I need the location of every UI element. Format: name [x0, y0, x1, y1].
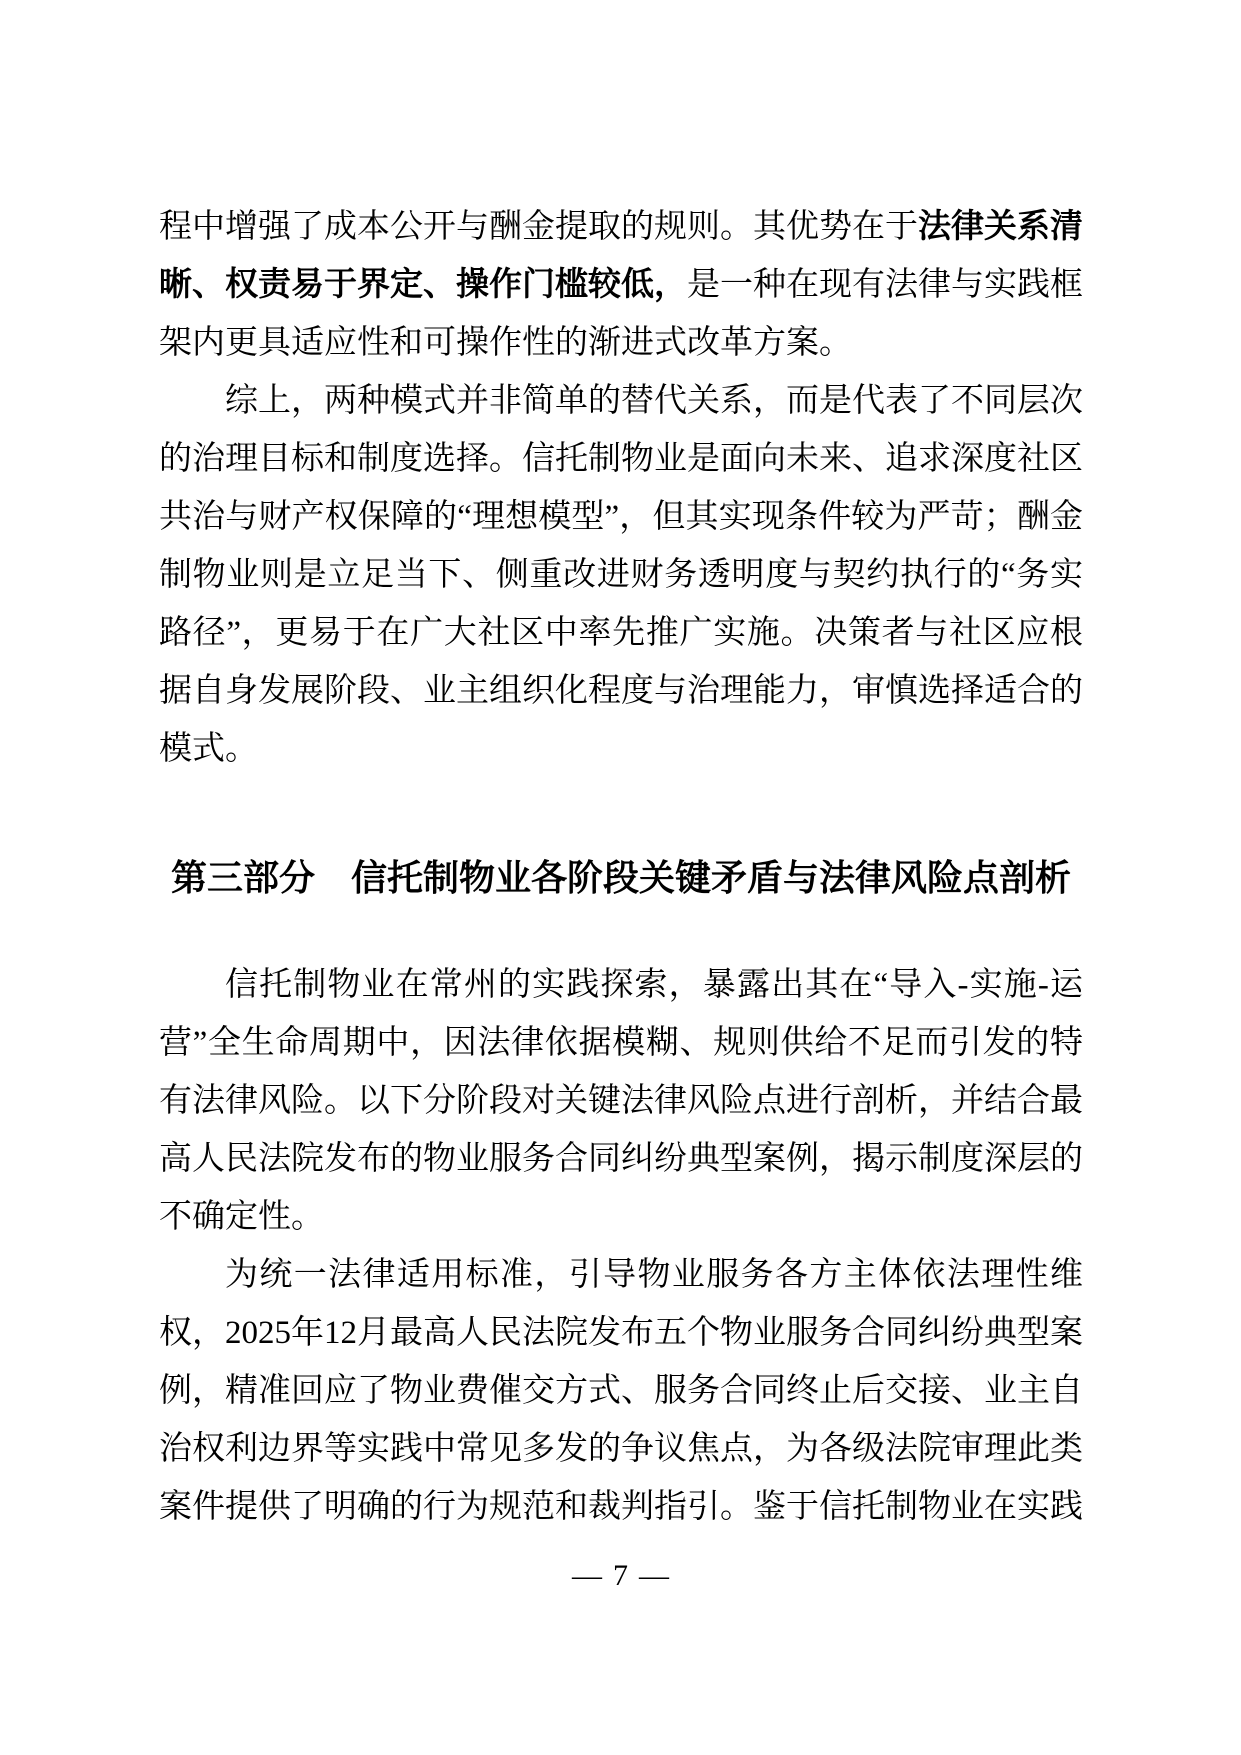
para3-line1: 信托制物业在常州的实践探索，暴露出其在“导入-实施-运 — [159, 956, 1083, 1014]
para4-line4: 治权利边界等实践中常见多发的争议焦点，为各级法院审理此类 — [159, 1420, 1083, 1478]
para1-line3: 架内更具适应性和可操作性的渐进式改革方案。 — [159, 314, 1083, 372]
para4-line5: 案件提供了明确的行为规范和裁判指引。鉴于信托制物业在实践 — [159, 1478, 1083, 1536]
para2-line1: 综上，两种模式并非简单的替代关系，而是代表了不同层次 — [159, 372, 1083, 430]
para2-line6: 据自身发展阶段、业主组织化程度与治理能力，审慎选择适合的 — [159, 662, 1083, 720]
para1-line1-bold-run: 法律关系清 — [918, 209, 1083, 245]
para2-line5: 路径”，更易于在广大社区中率先推广实施。决策者与社区应根 — [159, 604, 1083, 662]
document-page: 程中增强了成本公开与酬金提取的规则。其优势在于法律关系清 晰、权责易于界定、操作… — [0, 0, 1241, 1755]
para1-line1-normal-run: 程中增强了成本公开与酬金提取的规则。其优势在于 — [159, 209, 918, 245]
para1-line1: 程中增强了成本公开与酬金提取的规则。其优势在于法律关系清 — [159, 198, 1083, 256]
para1-line2: 晰、权责易于界定、操作门槛较低，是一种在现有法律与实践框 — [159, 256, 1083, 314]
para4-line3: 例，精准回应了物业费催交方式、服务合同终止后交接、业主自 — [159, 1362, 1083, 1420]
para3-line5: 不确定性。 — [159, 1188, 1083, 1246]
document-body: 程中增强了成本公开与酬金提取的规则。其优势在于法律关系清 晰、权责易于界定、操作… — [159, 198, 1083, 1536]
footer-left-dash: — — [572, 1559, 602, 1592]
para2-line2: 的治理目标和制度选择。信托制物业是面向未来、追求深度社区 — [159, 430, 1083, 488]
page-number: 7 — [613, 1556, 628, 1596]
para2-line3: 共治与财产权保障的“理想模型”，但其实现条件较为严苛；酬金 — [159, 488, 1083, 546]
para2-line7: 模式。 — [159, 720, 1083, 778]
para4-line1: 为统一法律适用标准，引导物业服务各方主体依法理性维 — [159, 1246, 1083, 1304]
page-footer: —7— — [0, 1556, 1241, 1596]
para2-line4: 制物业则是立足当下、侧重改进财务透明度与契约执行的“务实 — [159, 546, 1083, 604]
para4-line2: 权，2025年12月最高人民法院发布五个物业服务合同纠纷典型案 — [159, 1304, 1083, 1362]
para3-line2: 营”全生命周期中，因法律依据模糊、规则供给不足而引发的特 — [159, 1014, 1083, 1072]
para1-line2-bold-run: 晰、权责易于界定、操作门槛较低， — [159, 267, 687, 303]
para3-line4: 高人民法院发布的物业服务合同纠纷典型案例，揭示制度深层的 — [159, 1130, 1083, 1188]
para3-line3: 有法律风险。以下分阶段对关键法律风险点进行剖析，并结合最 — [159, 1072, 1083, 1130]
section-heading: 第三部分 信托制物业各阶段关键矛盾与法律风险点剖析 — [159, 849, 1083, 907]
para1-line2-normal-run: 是一种在现有法律与实践框 — [687, 267, 1083, 303]
footer-right-dash: — — [639, 1559, 669, 1592]
